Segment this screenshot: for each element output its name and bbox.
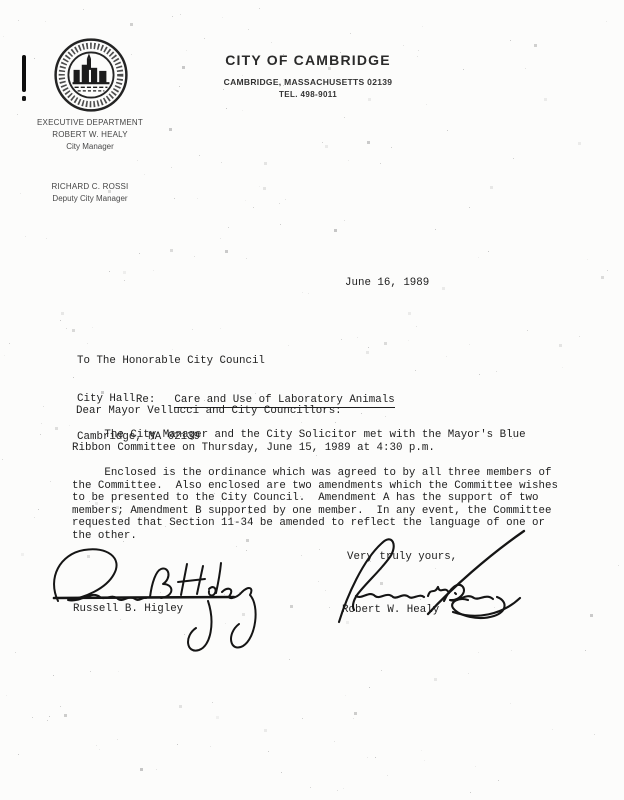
official-name-city-manager: ROBERT W. HEALY [20, 129, 160, 141]
city-of-cambridge-seal-icon [52, 36, 130, 114]
recipient-line: To The Honorable City Council [77, 355, 265, 368]
typed-name-russell-higley: Russell B. Higley [73, 603, 183, 616]
letterhead-address: CAMBRIDGE, MASSACHUSETTS 02139 [198, 77, 418, 87]
scan-ink-dot [22, 96, 26, 101]
scanned-letter-page: CITY OF CAMBRIDGE CAMBRIDGE, MASSACHUSET… [0, 0, 624, 800]
letterhead-telephone: TEL. 498-9011 [198, 90, 418, 99]
official-title-deputy: Deputy City Manager [20, 193, 160, 205]
typed-name-robert-healy: Robert W. Healy [342, 604, 439, 617]
signature-russell-higley [54, 549, 256, 650]
official-name-deputy: RICHARD C. ROSSI [20, 181, 160, 193]
department-label: EXECUTIVE DEPARTMENT [20, 117, 160, 129]
salutation: Dear Mayor Vellucci and City Councillors… [76, 405, 342, 418]
closing-line: Very truly yours, [347, 551, 457, 564]
scan-noise-layer [0, 0, 1, 1]
letterhead-city-name: CITY OF CAMBRIDGE [198, 52, 418, 68]
body-paragraph-2: Enclosed is the ordinance which was agre… [72, 467, 577, 543]
re-label: Re: [136, 394, 155, 406]
body-paragraph-1: The City Manager and the City Solicitor … [72, 429, 577, 454]
scan-ink-mark [22, 55, 26, 92]
letter-date: June 16, 1989 [345, 277, 429, 290]
official-title-city-manager: City Manager [20, 141, 160, 153]
